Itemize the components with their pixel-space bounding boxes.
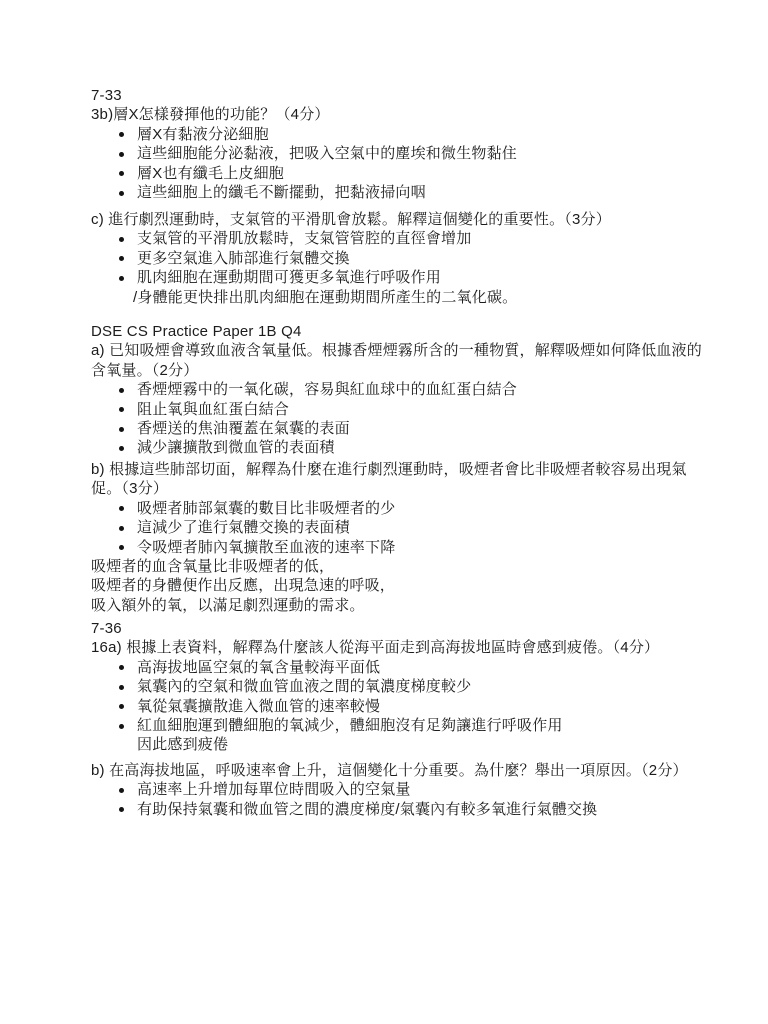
- answer-line-continuation: /身體能更快排出肌肉細胞在運動期間所產生的二氧化碳。: [91, 288, 611, 307]
- answer-text: 減少讓擴散到微血管的表面積: [137, 439, 335, 456]
- bullet-icon: [119, 665, 124, 670]
- section-dse-q4b: b) 根據這些肺部切面，解釋為什麼在進行劇烈運動時，吸煙者會比非吸煙者較容易出現…: [91, 460, 687, 615]
- question-line-cont: 促。（3分）: [91, 479, 687, 498]
- answer-text: 紅血細胞運到體細胞的氧減少，體細胞沒有足夠讓進行呼吸作用: [137, 717, 563, 734]
- answer-text: 令吸煙者肺內氧擴散至血液的速率下降: [137, 539, 395, 556]
- answer-text: 這些細胞上的纖毛不斷擺動，把黏液掃向咽: [137, 184, 426, 201]
- bullet-icon: [119, 446, 124, 451]
- bullet-icon: [119, 171, 124, 176]
- bullet-icon: [119, 132, 124, 137]
- section-7-36: 7-36 16a) 根據上表資料，解釋為什麼該人從海平面走到高海拔地區時會感到疲…: [91, 619, 659, 755]
- answer-text: 肌肉細胞在運動期間可獲更多氧進行呼吸作用: [137, 269, 441, 286]
- question-line-cont: 含氧量。（2分）: [91, 361, 702, 380]
- answer-text: 層X也有纖毛上皮細胞: [137, 165, 284, 182]
- bullet-icon: [119, 724, 124, 729]
- answer-text: 支氣管的平滑肌放鬆時，支氣管管腔的直徑會增加: [137, 230, 471, 247]
- answer-bullet-item: 高海拔地區空氣的氧含量較海平面低: [91, 658, 659, 677]
- question-line: a) 已知吸煙會導致血液含氧量低。根據香煙煙霧所含的一種物質，解釋吸煙如何降低血…: [91, 341, 702, 360]
- answer-bullet-item: 有助保持氣囊和微血管之間的濃度梯度/氣囊內有較多氧進行氣體交換: [91, 800, 688, 819]
- bullet-icon: [119, 807, 124, 812]
- answer-line-continuation: 因此感到疲倦: [91, 735, 659, 754]
- answer-bullet-item: 氧從氣囊擴散進入微血管的速率較慢: [91, 697, 659, 716]
- bullet-icon: [119, 526, 124, 531]
- question-line: b) 在高海拔地區，呼吸速率會上升，這個變化十分重要。為什麼？舉出一項原因。（2…: [91, 761, 688, 780]
- question-line: b) 根據這些肺部切面，解釋為什麼在進行劇烈運動時，吸煙者會比非吸煙者較容易出現…: [91, 460, 687, 479]
- answer-text: 有助保持氣囊和微血管之間的濃度梯度/氣囊內有較多氧進行氣體交換: [137, 801, 597, 818]
- document-page: 7-33 3b)層X怎樣發揮他的功能？（4分） 層X有黏液分泌細胞 這些細胞能分…: [0, 0, 768, 1024]
- answer-bullet-item: 高速率上升增加每單位時間吸入的空氣量: [91, 780, 688, 799]
- answer-bullet-item: 香煙送的焦油覆蓋在氣囊的表面: [91, 419, 702, 438]
- bullet-icon: [119, 276, 124, 281]
- bullet-icon: [119, 152, 124, 157]
- answer-line: 吸煙者的身體便作出反應，出現急速的呼吸，: [91, 576, 687, 595]
- bullet-icon: [119, 191, 124, 196]
- answer-text: 這減少了進行氣體交換的表面積: [137, 519, 350, 536]
- answer-text: 更多空氣進入肺部進行氣體交換: [137, 250, 350, 267]
- answer-text: 香煙煙霧中的一氧化碳，容易與紅血球中的血紅蛋白結合: [137, 381, 517, 398]
- answer-bullet-item: 這減少了進行氣體交換的表面積: [91, 518, 687, 537]
- bullet-icon: [119, 545, 124, 550]
- answer-bullet-item: 這些細胞能分泌黏液，把吸入空氣中的塵埃和微生物黏住: [91, 144, 517, 163]
- answer-bullet-item: 吸煙者肺部氣囊的數目比非吸煙者的少: [91, 499, 687, 518]
- bullet-icon: [119, 788, 124, 793]
- bullet-icon: [119, 427, 124, 432]
- answer-text: 這些細胞能分泌黏液，把吸入空氣中的塵埃和微生物黏住: [137, 145, 517, 162]
- answer-text: 高速率上升增加每單位時間吸入的空氣量: [137, 781, 411, 798]
- page-ref: 7-36: [91, 619, 659, 638]
- bullet-icon: [119, 388, 124, 393]
- question-line: c) 進行劇烈運動時，支氣管的平滑肌會放鬆。解釋這個變化的重要性。（3分）: [91, 210, 611, 229]
- answer-bullet-item: 氣囊內的空氣和微血管血液之間的氧濃度梯度較少: [91, 677, 659, 696]
- section-c: c) 進行劇烈運動時，支氣管的平滑肌會放鬆。解釋這個變化的重要性。（3分） 支氣…: [91, 210, 611, 307]
- answer-text: 香煙送的焦油覆蓋在氣囊的表面: [137, 420, 350, 437]
- answer-bullet-item: 肌肉細胞在運動期間可獲更多氧進行呼吸作用: [91, 268, 611, 287]
- section-7-33: 7-33 3b)層X怎樣發揮他的功能？（4分） 層X有黏液分泌細胞 這些細胞能分…: [91, 86, 517, 202]
- answer-bullet-item: 令吸煙者肺內氧擴散至血液的速率下降: [91, 538, 687, 557]
- answer-bullet-item: 香煙煙霧中的一氧化碳，容易與紅血球中的血紅蛋白結合: [91, 380, 702, 399]
- question-line: 16a) 根據上表資料，解釋為什麼該人從海平面走到高海拔地區時會感到疲倦。（4分…: [91, 638, 659, 657]
- bullet-icon: [119, 256, 124, 261]
- answer-text: 阻止氧與血紅蛋白結合: [137, 401, 289, 418]
- answer-bullet-item: 層X有黏液分泌細胞: [91, 125, 517, 144]
- bullet-icon: [119, 237, 124, 242]
- bullet-icon: [119, 685, 124, 690]
- answer-bullet-item: 支氣管的平滑肌放鬆時，支氣管管腔的直徑會增加: [91, 229, 611, 248]
- answer-bullet-item: 這些細胞上的纖毛不斷擺動，把黏液掃向咽: [91, 183, 517, 202]
- paper-title: DSE CS Practice Paper 1B Q4: [91, 322, 702, 341]
- answer-line: 吸入額外的氧，以滿足劇烈運動的需求。: [91, 596, 687, 615]
- answer-text: 高海拔地區空氣的氧含量較海平面低: [137, 659, 380, 676]
- answer-text: 層X有黏液分泌細胞: [137, 126, 269, 143]
- answer-text: 氣囊內的空氣和微血管血液之間的氧濃度梯度較少: [137, 678, 471, 695]
- bullet-icon: [119, 407, 124, 412]
- answer-bullet-item: 阻止氧與血紅蛋白結合: [91, 400, 702, 419]
- question-line: 3b)層X怎樣發揮他的功能？（4分）: [91, 105, 517, 124]
- bullet-icon: [119, 704, 124, 709]
- answer-text: 氧從氣囊擴散進入微血管的速率較慢: [137, 698, 380, 715]
- answer-bullet-item: 減少讓擴散到微血管的表面積: [91, 438, 702, 457]
- answer-bullet-item: 更多空氣進入肺部進行氣體交換: [91, 249, 611, 268]
- bullet-icon: [119, 506, 124, 511]
- answer-bullet-item: 紅血細胞運到體細胞的氧減少，體細胞沒有足夠讓進行呼吸作用: [91, 716, 659, 735]
- answer-line: 吸煙者的血含氧量比非吸煙者的低，: [91, 557, 687, 576]
- page-ref: 7-33: [91, 86, 517, 105]
- answer-text: 吸煙者肺部氣囊的數目比非吸煙者的少: [137, 500, 395, 517]
- section-16b: b) 在高海拔地區，呼吸速率會上升，這個變化十分重要。為什麼？舉出一項原因。（2…: [91, 761, 688, 819]
- section-dse-q4a: DSE CS Practice Paper 1B Q4 a) 已知吸煙會導致血液…: [91, 322, 702, 458]
- answer-bullet-item: 層X也有纖毛上皮細胞: [91, 164, 517, 183]
